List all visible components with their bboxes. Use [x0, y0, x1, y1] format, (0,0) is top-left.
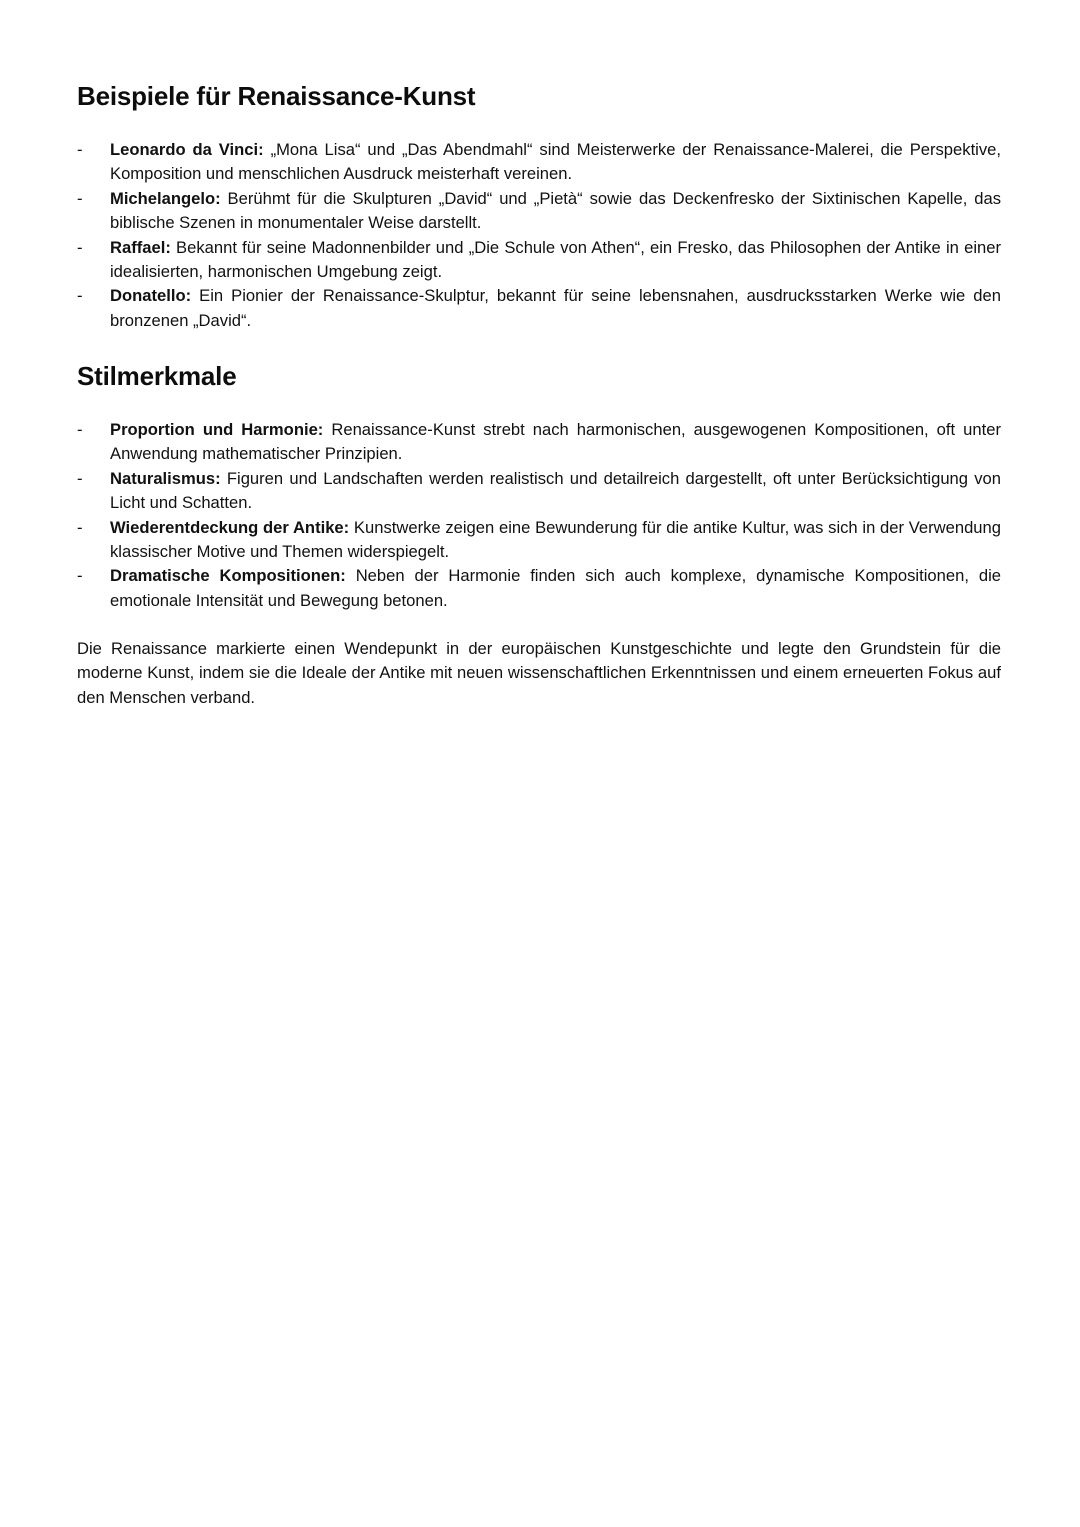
examples-list: - Leonardo da Vinci: „Mona Lisa“ und „Da… — [77, 138, 1001, 333]
item-term: Naturalismus: — [110, 469, 221, 488]
list-item: - Leonardo da Vinci: „Mona Lisa“ und „Da… — [77, 138, 1001, 187]
item-term: Michelangelo: — [110, 189, 221, 208]
list-item: - Michelangelo: Berühmt für die Skulptur… — [77, 187, 1001, 236]
bullet-dash: - — [77, 418, 97, 442]
item-text: Berühmt für die Skulpturen „David“ und „… — [110, 189, 1001, 232]
section-heading-examples: Beispiele für Renaissance-Kunst — [77, 80, 475, 112]
item-term: Proportion und Harmonie: — [110, 420, 323, 439]
list-item: - Naturalismus: Figuren und Landschaften… — [77, 467, 1001, 516]
item-text: Figuren und Landschaften werden realisti… — [110, 469, 1001, 512]
style-features-list: - Proportion und Harmonie: Renaissance-K… — [77, 418, 1001, 613]
conclusion-paragraph: Die Renaissance markierte einen Wendepun… — [77, 637, 1001, 710]
bullet-dash: - — [77, 516, 97, 540]
bullet-dash: - — [77, 467, 97, 491]
item-term: Raffael: — [110, 238, 171, 257]
bullet-dash: - — [77, 236, 97, 260]
list-item: - Dramatische Kompositionen: Neben der H… — [77, 564, 1001, 613]
item-term: Dramatische Kompositionen: — [110, 566, 346, 585]
list-item: - Donatello: Ein Pionier der Renaissance… — [77, 284, 1001, 333]
item-text: Bekannt für seine Madonnenbilder und „Di… — [110, 238, 1001, 281]
list-item: - Proportion und Harmonie: Renaissance-K… — [77, 418, 1001, 467]
bullet-dash: - — [77, 187, 97, 211]
bullet-dash: - — [77, 138, 97, 162]
list-item: - Wiederentdeckung der Antike: Kunstwerk… — [77, 516, 1001, 565]
bullet-dash: - — [77, 564, 97, 588]
item-term: Wiederentdeckung der Antike: — [110, 518, 349, 537]
item-term: Leonardo da Vinci: — [110, 140, 264, 159]
item-text: Ein Pionier der Renaissance-Skulptur, be… — [110, 286, 1001, 329]
section-heading-style: Stilmerkmale — [77, 360, 236, 392]
item-term: Donatello: — [110, 286, 191, 305]
list-item: - Raffael: Bekannt für seine Madonnenbil… — [77, 236, 1001, 285]
bullet-dash: - — [77, 284, 97, 308]
